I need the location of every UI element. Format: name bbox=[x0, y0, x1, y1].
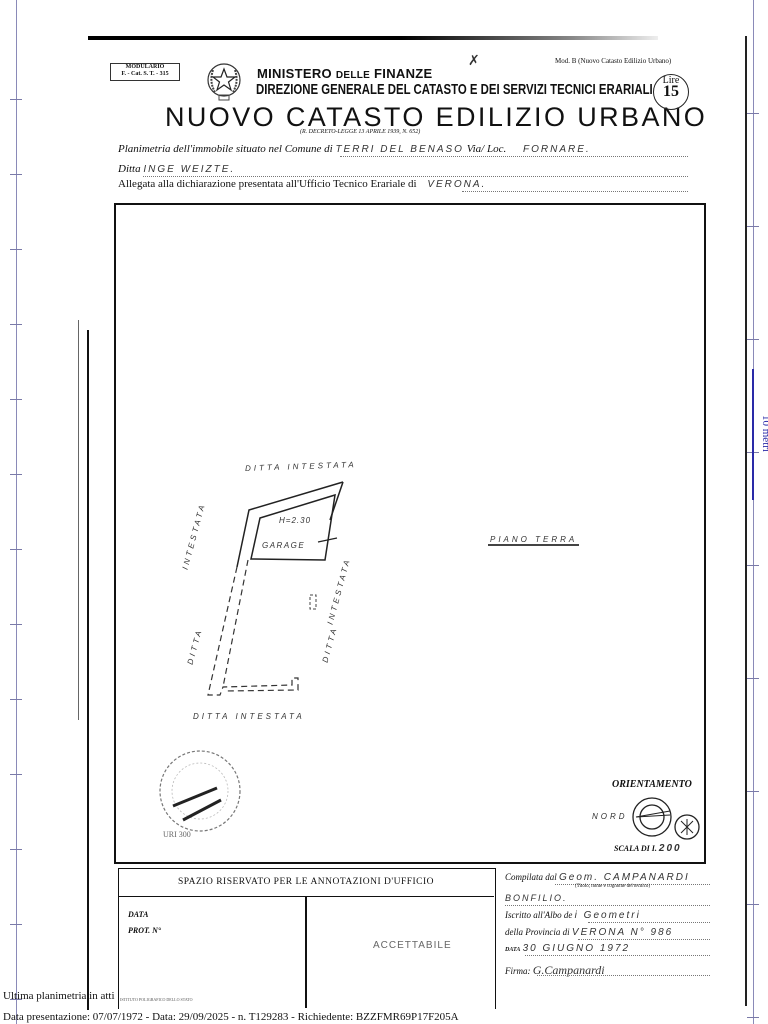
planimetria-dotline bbox=[340, 156, 688, 157]
room-height: H=2.30 bbox=[279, 516, 311, 525]
planimetria-label: Planimetria dell'immobile situato nel Co… bbox=[118, 143, 333, 155]
comune-value: TERRI DEL BENASO bbox=[335, 144, 464, 155]
annotations-divider bbox=[305, 896, 307, 1008]
ruler-tick bbox=[747, 791, 759, 792]
right-ruler bbox=[753, 0, 754, 1024]
data-value: 30 GIUGNO 1972 bbox=[523, 943, 630, 954]
official-stamp-icon bbox=[155, 748, 245, 838]
fee-stamp: Lire 15 bbox=[653, 74, 689, 110]
data-label: DATA bbox=[505, 947, 520, 953]
firma-label: Firma: bbox=[505, 966, 531, 976]
stamp-code: URI 300 bbox=[163, 830, 191, 839]
iscritto-label: Iscritto all'Albo de bbox=[505, 910, 572, 920]
ruler-tick bbox=[10, 399, 22, 400]
provincia-label: della Provincia di bbox=[505, 927, 570, 937]
compass-icon bbox=[630, 795, 705, 845]
technician-note: (Titolo, nome e cognome del tecnico) bbox=[575, 884, 650, 889]
provincia-dotline bbox=[578, 939, 710, 940]
page-left-faint-line bbox=[78, 320, 79, 720]
fee-value: 15 bbox=[654, 86, 688, 97]
allegata-label: Allegata alla dichiarazione presentata a… bbox=[118, 178, 417, 190]
ruler-tick bbox=[747, 339, 759, 340]
iscritto-dotline bbox=[588, 922, 710, 923]
compilata-line: Compilata dal Geom. CAMPANARDI bbox=[505, 872, 690, 883]
albo-value: i Geometri bbox=[575, 910, 641, 921]
allegata-dotline bbox=[462, 191, 688, 192]
name-dotline bbox=[505, 905, 710, 906]
ditta-label: Ditta bbox=[118, 163, 141, 175]
republic-emblem-icon bbox=[205, 60, 243, 104]
ministry-name: MINISTERO DELLE FINANZE bbox=[257, 66, 432, 81]
technician-name-cont: BONFILIO. bbox=[505, 893, 568, 903]
data-dotline bbox=[525, 955, 710, 956]
ruler-tick bbox=[10, 174, 22, 175]
scale-text: SCALA DI I. 200 bbox=[614, 843, 682, 854]
data-line: DATA 30 GIUGNO 1972 bbox=[505, 943, 630, 954]
ditta-dotline bbox=[143, 176, 688, 177]
ruler-tick bbox=[10, 924, 22, 925]
ruler-tick bbox=[747, 565, 759, 566]
footer-request-info: Data presentazione: 07/07/1972 - Data: 2… bbox=[3, 1011, 459, 1023]
ruler-tick bbox=[10, 849, 22, 850]
modulario-label: MODULARIO bbox=[111, 64, 179, 71]
handwritten-mark: ✗ bbox=[468, 53, 480, 70]
provincia-value: VERONA N° 986 bbox=[572, 927, 673, 938]
ruler-tick bbox=[10, 99, 22, 100]
scale-value: 200 bbox=[659, 843, 682, 854]
via-value: FORNARE. bbox=[523, 144, 591, 155]
left-ruler bbox=[16, 0, 17, 1024]
page-top-border bbox=[88, 36, 658, 40]
document-title: NUOVO CATASTO EDILIZIO URBANO bbox=[165, 102, 707, 133]
provincia-line: della Provincia di VERONA N° 986 bbox=[505, 927, 673, 938]
planimetria-line: Planimetria dell'immobile situato nel Co… bbox=[118, 143, 591, 155]
floor-label: PIANO TERRA bbox=[488, 535, 579, 546]
ruler-tick bbox=[747, 678, 759, 679]
decree-reference: (R. DECRETO-LEGGE 13 APRILE 1939, N. 652… bbox=[300, 129, 420, 135]
ruler-tick bbox=[10, 324, 22, 325]
north-label: NORD bbox=[592, 812, 628, 821]
allegata-line: Allegata alla dichiarazione presentata a… bbox=[118, 178, 486, 190]
annot-prot-label: PROT. N° bbox=[128, 926, 161, 935]
ruler-tick bbox=[10, 624, 22, 625]
office-annotations-title: SPAZIO RISERVATO PER LE ANNOTAZIONI D'UF… bbox=[118, 868, 494, 897]
accettabile-stamp: ACCETTABILE bbox=[373, 940, 452, 951]
firma-dotline bbox=[537, 975, 710, 976]
ruler-tick bbox=[10, 249, 22, 250]
ufficio-value: VERONA. bbox=[427, 179, 486, 190]
technician-name: Geom. CAMPANARDI bbox=[559, 872, 690, 883]
directorate-name: DIREZIONE GENERALE DEL CATASTO E DEI SER… bbox=[256, 81, 653, 98]
iscritto-line: Iscritto all'Albo de i Geometri bbox=[505, 910, 641, 921]
orientation-title: ORIENTAMENTO bbox=[612, 779, 692, 790]
modulario-code: F. - Cat. S. T. - 315 bbox=[111, 71, 179, 78]
room-label-garage: GARAGE bbox=[262, 541, 305, 550]
ruler-tick bbox=[747, 904, 759, 905]
floor-plan-drawing bbox=[180, 450, 400, 730]
via-label: Via/ Loc. bbox=[467, 143, 507, 155]
scale-bar-label: 10 metri bbox=[752, 415, 768, 475]
ruler-tick bbox=[10, 474, 22, 475]
annot-data-label: DATA bbox=[128, 910, 148, 919]
label-bottom-neighbor: DITTA INTESTATA bbox=[193, 712, 305, 721]
model-reference: Mod. B (Nuovo Catasto Edilizio Urbano) bbox=[555, 57, 671, 65]
ruler-tick bbox=[747, 113, 759, 114]
compilata-label: Compilata dal bbox=[505, 872, 557, 882]
ditta-value: INGE WEIZTE. bbox=[143, 164, 235, 175]
page-left-border bbox=[87, 330, 89, 1010]
page-right-border bbox=[745, 36, 747, 1006]
ruler-tick bbox=[747, 226, 759, 227]
ruler-tick bbox=[10, 774, 22, 775]
ditta-line: Ditta INGE WEIZTE. bbox=[118, 163, 235, 175]
footer-last-plan: Ultima planimetria in atti bbox=[3, 990, 115, 1002]
scale-label: SCALA DI I. bbox=[614, 844, 657, 853]
ruler-tick bbox=[10, 549, 22, 550]
modulario-box: MODULARIO F. - Cat. S. T. - 315 bbox=[110, 63, 180, 81]
ruler-tick bbox=[747, 1017, 759, 1018]
ruler-tick bbox=[10, 699, 22, 700]
printer-credit: ISTITUTO POLIGRAFICO DELLO STATO bbox=[120, 997, 193, 1002]
